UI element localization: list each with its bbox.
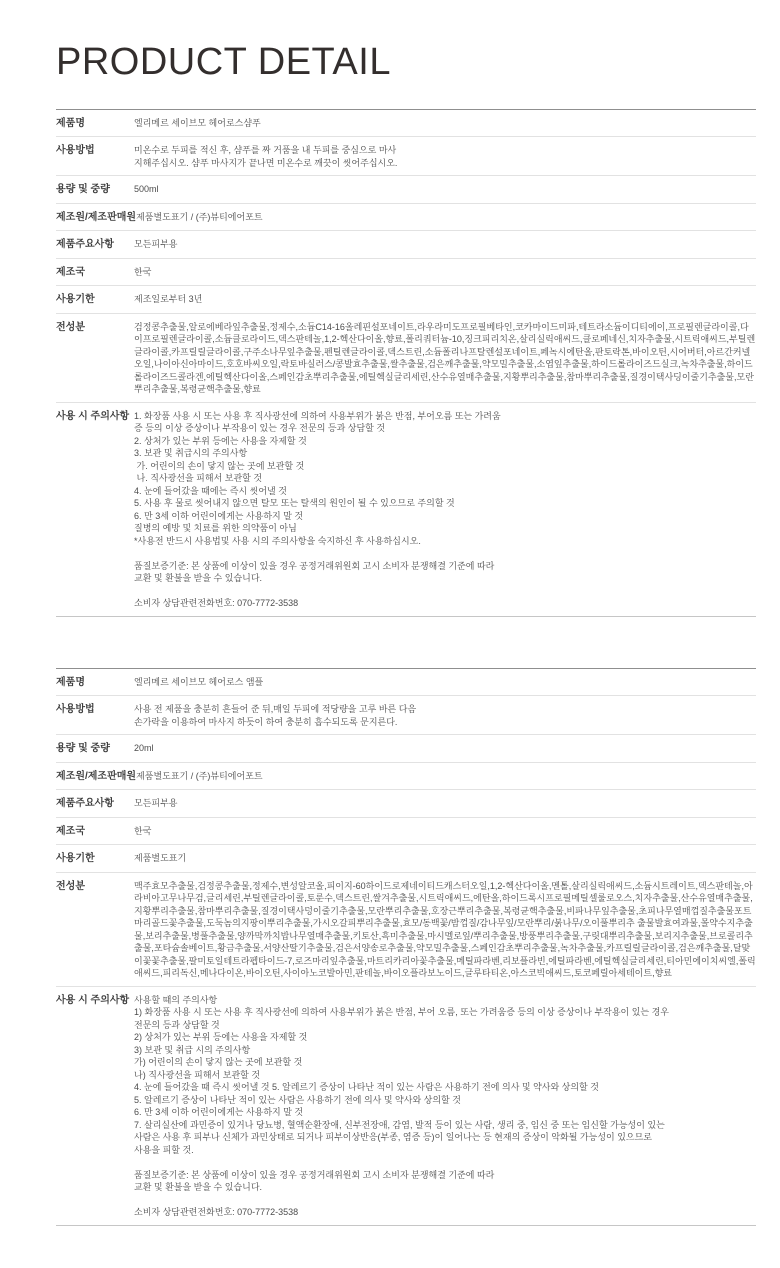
row-label: 제품주요사항 [56,238,134,252]
row-label: 용량 및 중량 [56,183,134,197]
product-table-ampoule: 제품명 엘리메르 세이브모 헤어로스 앰플 사용방법 사용 전 제품을 충분히 … [56,668,756,1226]
row-label: 제품명 [56,117,134,131]
table-row: 제품주요사항 모든피부용 [56,231,756,259]
table-row: 용량 및 중량 500ml [56,176,756,204]
row-label: 제조원/제조판매원 [56,211,136,225]
table-row: 사용기한 제조일로부터 3년 [56,286,756,314]
page-title: PRODUCT DETAIL [56,42,756,84]
row-value: 제품별도표기 [134,852,756,865]
table-row-cautions: 사용 시 주의사항 1. 화장품 사용 시 또는 사용 후 직사광선에 의하여 … [56,403,756,616]
row-label: 사용기한 [56,293,134,307]
table-row: 사용방법 미온수로 두피를 적신 후, 샴푸를 짜 거품을 내 두피를 중심으로… [56,137,756,176]
table-row-cautions: 사용 시 주의사항 사용할 때의 주의사항 1) 화장품 사용 시 또는 사용 … [56,987,756,1225]
table-row: 사용방법 사용 전 제품을 충분히 흔들어 준 뒤,매일 두피에 적당량을 고루… [56,696,756,735]
row-label: 용량 및 중량 [56,742,134,756]
row-label: 전성분 [56,321,134,335]
row-label: 제조국 [56,825,134,839]
row-label: 사용방법 [56,703,134,717]
row-label: 사용방법 [56,144,134,158]
table-row: 제조원/제조판매원 제품별도표기 / (주)뷰티에어포트 [56,763,756,791]
row-value: 미온수로 두피를 적신 후, 샴푸를 짜 거품을 내 두피를 중심으로 마사 지… [134,144,756,169]
row-label: 사용 시 주의사항 [56,410,134,424]
table-row: 제조국 한국 [56,818,756,846]
row-value: 사용할 때의 주의사항 1) 화장품 사용 시 또는 사용 후 직사광선에 의하… [134,994,756,1219]
product-table-shampoo: 제품명 엘리메르 세이브모 헤어로스샴푸 사용방법 미온수로 두피를 적신 후,… [56,109,756,617]
row-value: 제품별도표기 / (주)뷰티에어포트 [136,211,756,224]
table-row: 제조원/제조판매원 제품별도표기 / (주)뷰티에어포트 [56,204,756,232]
row-value: 한국 [134,266,756,279]
table-row: 제품명 엘리메르 세이브모 헤어로스 앰플 [56,669,756,697]
row-value: 사용 전 제품을 충분히 흔들어 준 뒤,매일 두피에 적당량을 고루 바른 다… [134,703,756,728]
row-value: 맥주효모추출물,검정콩추출물,정제수,변성알코올,피이지-60하이드로제네이티드… [134,880,756,980]
row-value: 20ml [134,742,756,755]
table-row: 용량 및 중량 20ml [56,735,756,763]
table-row-ingredients: 전성분 맥주효모추출물,검정콩추출물,정제수,변성알코올,피이지-60하이드로제… [56,873,756,987]
table-row-ingredients: 전성분 검정콩추출물,알로에베라잎추출물,정제수,소듐C14-16올레핀설포네이… [56,314,756,403]
row-value: 500ml [134,183,756,196]
row-label: 제품주요사항 [56,797,134,811]
table-row: 제조국 한국 [56,259,756,287]
row-label: 사용기한 [56,852,134,866]
row-value: 제품별도표기 / (주)뷰티에어포트 [136,770,756,783]
row-label: 전성분 [56,880,134,894]
row-label: 제조원/제조판매원 [56,770,136,784]
row-value: 한국 [134,825,756,838]
row-value: 제조일로부터 3년 [134,293,756,306]
row-value: 1. 화장품 사용 시 또는 사용 후 직사광선에 의하여 사용부위가 붉은 반… [134,410,756,610]
row-value: 모든피부용 [134,797,756,810]
table-row: 사용기한 제품별도표기 [56,845,756,873]
product-detail-page: PRODUCT DETAIL 제품명 엘리메르 세이브모 헤어로스샴푸 사용방법… [0,0,780,1268]
row-value: 검정콩추출물,알로에베라잎추출물,정제수,소듐C14-16올레핀설포네이트,라우… [134,321,756,396]
row-value: 엘리메르 세이브모 헤어로스 앰플 [134,676,756,689]
row-value: 엘리메르 세이브모 헤어로스샴푸 [134,117,756,130]
table-row: 제품명 엘리메르 세이브모 헤어로스샴푸 [56,110,756,138]
row-label: 제조국 [56,266,134,280]
row-label: 사용 시 주의사항 [56,994,134,1008]
table-row: 제품주요사항 모든피부용 [56,790,756,818]
row-label: 제품명 [56,676,134,690]
row-value: 모든피부용 [134,238,756,251]
